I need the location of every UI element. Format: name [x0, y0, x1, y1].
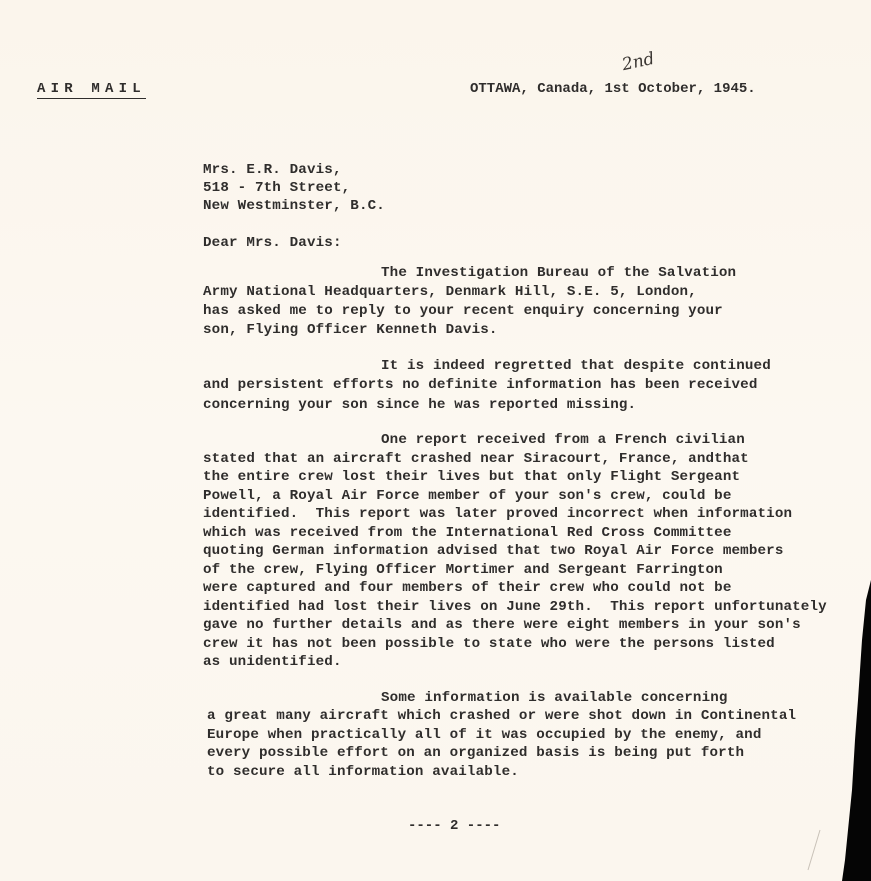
dateline-rest: October, 1945. — [638, 81, 756, 97]
paragraph-3-line-1: One report received from a French civili… — [381, 431, 745, 449]
paragraph-3-line-13: as unidentified. — [203, 653, 342, 671]
paragraph-4-line-5: to secure all information available. — [207, 763, 519, 781]
paragraph-3-line-3: the entire crew lost their lives but tha… — [203, 468, 740, 486]
paragraph-3-line-9: were captured and four members of their … — [203, 579, 732, 597]
paragraph-3-line-11: gave no further details and as there wer… — [203, 616, 801, 634]
paragraph-3-line-5: identified. This report was later proved… — [203, 505, 792, 523]
paragraph-3-line-8: of the crew, Flying Officer Mortimer and… — [203, 561, 723, 579]
address-line-name: Mrs. E.R. Davis, — [203, 161, 342, 179]
paragraph-4-line-3: Europe when practically all of it was oc… — [207, 726, 762, 744]
paragraph-1-line-2: Army National Headquarters, Denmark Hill… — [203, 283, 697, 301]
paragraph-4-line-1: Some information is available concerning — [381, 689, 728, 707]
address-line-city: New Westminster, B.C. — [203, 197, 385, 215]
paragraph-1-line-3: has asked me to reply to your recent enq… — [203, 302, 723, 320]
paragraph-4-line-2: a great many aircraft which crashed or w… — [207, 707, 796, 725]
paragraph-3-line-7: quoting German information advised that … — [203, 542, 783, 560]
paragraph-2-line-2: and persistent efforts no definite infor… — [203, 376, 758, 394]
paragraph-3-line-12: crew it has not been possible to state w… — [203, 635, 775, 653]
paragraph-3-line-2: stated that an aircraft crashed near Sir… — [203, 450, 749, 468]
paragraph-1-line-1: The Investigation Bureau of the Salvatio… — [381, 264, 736, 282]
air-mail-marking: AIR MAIL — [37, 81, 146, 99]
paragraph-3-line-6: which was received from the Internationa… — [203, 524, 732, 542]
paragraph-2-line-1: It is indeed regretted that despite cont… — [381, 357, 771, 375]
paragraph-3-line-4: Powell, a Royal Air Force member of your… — [203, 487, 732, 505]
paragraph-4-line-4: every possible effort on an organized ba… — [207, 744, 744, 762]
paragraph-1-line-4: son, Flying Officer Kenneth Davis. — [203, 321, 498, 339]
dateline: OTTAWA, Canada, 1st October, 1945. — [470, 81, 756, 97]
page-number-marker: ---- 2 ---- — [408, 818, 500, 834]
salutation: Dear Mrs. Davis: — [203, 234, 342, 252]
dateline-place: OTTAWA, Canada, — [470, 81, 596, 97]
paragraph-2-line-3: concerning your son since he was reporte… — [203, 396, 636, 414]
address-line-street: 518 - 7th Street, — [203, 179, 350, 197]
paragraph-3-line-10: identified had lost their lives on June … — [203, 598, 827, 616]
dateline-day-typed: 1st — [604, 81, 629, 97]
